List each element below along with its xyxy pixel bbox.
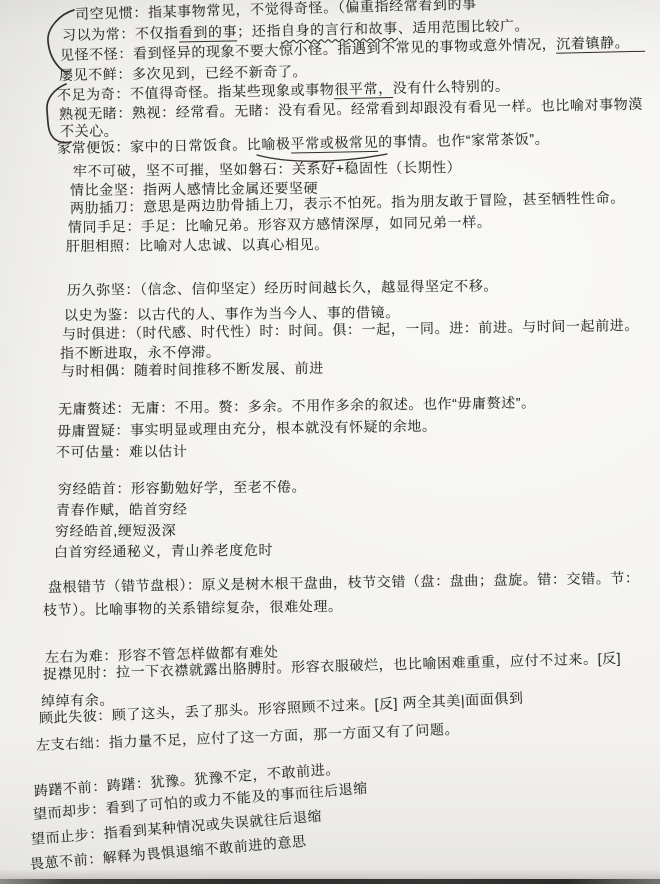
idiom-line: 不可估量：难以估计 <box>56 442 188 461</box>
idiom-line: 青春作赋，皓首穷经 <box>56 500 188 519</box>
idiom-definition: ；还指 <box>237 22 281 39</box>
idiom-term: 两肋插刀： <box>70 199 143 216</box>
idiom-definition: 手足：比喻兄弟。形容双方感情深厚，如同兄弟一样。 <box>141 214 492 234</box>
idiom-line: 历久弥坚：（信念、信仰坚定）经历时间越长久，越显得坚定不移。 <box>67 276 498 299</box>
idiom-definition: 穷经皓首,绠短汲深 <box>55 522 176 539</box>
idiom-definition: 的事情。也作“家常茶饭”。 <box>378 131 549 150</box>
idiom-definition: 顾了这头，丢了那头。形容照顾不过来。[反] 两全其美|面面俱到 <box>112 690 524 723</box>
idiom-term: 捉襟见肘： <box>43 664 116 682</box>
idiom-line: 毋庸置疑：事实明显或理由充分，根本就没有怀疑的余地。 <box>57 417 437 440</box>
idiom-definition: 形容勤勉好学，至老不倦。 <box>131 478 306 496</box>
idiom-term: 望而却步： <box>32 800 106 822</box>
idiom-term: 不足为奇： <box>57 85 130 103</box>
idiom-line: 无庸赘述：无庸：不用。赘：多余。不用作多余的叙述。也作“毋庸赘述”。 <box>58 393 536 418</box>
idiom-definition: 指力量不足，应付了这一方面，那一方面又有了问题。 <box>109 721 460 750</box>
idiom-term: 以史为鉴： <box>64 306 137 323</box>
idiom-line: 家常便饭：家中的日常饭食。比喻极平常或极常见的事情。也作“家常茶饭”。 <box>57 130 550 157</box>
idiom-term: 无庸赘述： <box>58 400 131 417</box>
idiom-line-continuation: 指不断进取，永不停滞。 <box>60 343 221 362</box>
idiom-term: 熟视无睹： <box>59 105 132 122</box>
idiom-term: 穷经皓首： <box>58 480 131 497</box>
idiom-definition: 事实明显或理由充分，根本就没有怀疑的余地。 <box>130 418 437 438</box>
idiom-term: 左支右绌： <box>36 734 110 753</box>
idiom-line-continuation: 枝节）。比喻事物的关系错综复杂，很难处理。 <box>43 597 343 619</box>
idiom-term: 踌躇不前： <box>33 778 107 799</box>
idiom-line: 牢不可破，坚不可摧，坚如磐石：关系好+稳固性（长期性） <box>73 158 462 180</box>
underlined-phrase: 很平常， <box>334 80 393 99</box>
idiom-term: 情同手足： <box>68 218 141 235</box>
scanned-notes-page: 司空见惯：指某事物常见，不觉得奇怪。（偏重指经常看到的事 习以为常：不仅指看到的… <box>0 0 660 884</box>
underlined-phrase: 沉着镇静。 <box>556 34 645 54</box>
underlined-phrase: 看到的事 <box>179 23 238 42</box>
idiom-definition: 枝节）。比喻事物的关系错综复杂，很难处理。 <box>43 598 343 618</box>
idiom-definition: 指某事物常见，不觉得奇怪。（偏重指经常看到的事 <box>148 0 477 20</box>
idiom-definition: 比喻对人忠诚、以真心相见。 <box>139 236 329 253</box>
photo-bottom-edge <box>0 879 660 884</box>
idiom-definition: 牢不可破，坚不可摧，坚如磐石：关系好+稳固性（长期性） <box>73 159 462 179</box>
idiom-term: 与时俱进： <box>62 325 135 342</box>
idiom-definition: 指不断进取，永不停滞。 <box>60 344 221 361</box>
photo-bottom-shadow <box>0 869 660 879</box>
idiom-term: 毋庸置疑： <box>57 422 130 439</box>
idiom-definition: 不仅指 <box>135 25 179 42</box>
idiom-definition: 不关心。 <box>60 123 118 139</box>
idiom-definition: 没有什么特别的。 <box>393 78 510 96</box>
idiom-term: 顾此失彼： <box>39 707 113 726</box>
idiom-definition: 不值得奇怪。指某些现象或事物 <box>130 81 335 101</box>
idiom-term: 习以为常： <box>62 25 135 43</box>
idiom-definition: 随着时间推移不断发展、前进 <box>134 360 324 378</box>
idiom-definition: 无庸：不用。赘：多余。不用作多余的叙述。也作“毋庸赘述”。 <box>131 394 536 416</box>
idiom-line: 穷经皓首：形容勤勉好学，至老不倦。 <box>58 477 306 498</box>
idiom-definition: 多次见到，已经不新奇了。 <box>132 63 307 82</box>
idiom-line: 与时相偶：随着时间推移不断发展、前进 <box>61 359 324 380</box>
idiom-line: 情同手足：手足：比喻兄弟。形容双方感情深厚，如同兄弟一样。 <box>68 213 492 236</box>
idiom-term: 不可估量： <box>56 443 129 460</box>
idiom-term: 望而止步： <box>30 825 104 847</box>
idiom-term: 家常便饭： <box>57 139 130 156</box>
idiom-term: 情比金坚： <box>70 181 143 198</box>
idiom-term: 见怪不怪： <box>60 45 133 63</box>
idiom-term: 司空见惯： <box>75 4 148 22</box>
idiom-term: 屡见不鲜： <box>59 66 132 83</box>
idiom-term: 肝胆相照： <box>66 237 139 254</box>
idiom-line: 盘根错节（错节盘根）：原义是树木根干盘曲，枝节交错（盘：盘曲；盘旋。错：交错。节… <box>48 569 640 596</box>
idiom-definition: 、适用范围比较广。 <box>398 17 530 36</box>
idiom-definition: 白首穷经通秘义，青山养老度危时 <box>54 542 273 560</box>
idiom-definition: 青春作赋，皓首穷经 <box>56 501 188 518</box>
idiom-definition: 家中的日常饭食。比喻极 <box>130 136 291 155</box>
idiom-line: 肝胆相照：比喻对人忠诚、以真心相见。 <box>66 235 329 255</box>
wavy-underlined-phrase: 自身的言行和故事 <box>281 20 398 38</box>
idiom-definition: （信念、信仰坚定）经历时间越长久，越显得坚定不移。 <box>140 277 498 297</box>
idiom-definition: 原义是树木根干盘曲，枝节交错（盘：盘曲；盘旋。错：交错。节： <box>201 570 639 593</box>
idiom-term: 与时相偶： <box>61 362 134 379</box>
idiom-line: 白首穷经通秘义，青山养老度危时 <box>54 541 273 561</box>
idiom-line: 左支右绌：指力量不足，应付了这一方面，那一方面又有了问题。 <box>36 720 460 754</box>
idiom-term: 盘根错节（错节盘根）： <box>48 577 202 595</box>
idiom-line: 穷经皓首,绠短汲深 <box>55 521 176 540</box>
underlined-phrase: 平常或极常见 <box>290 134 378 153</box>
idiom-term: 历久弥坚： <box>67 281 140 298</box>
idiom-definition: 难以估计 <box>129 443 188 459</box>
